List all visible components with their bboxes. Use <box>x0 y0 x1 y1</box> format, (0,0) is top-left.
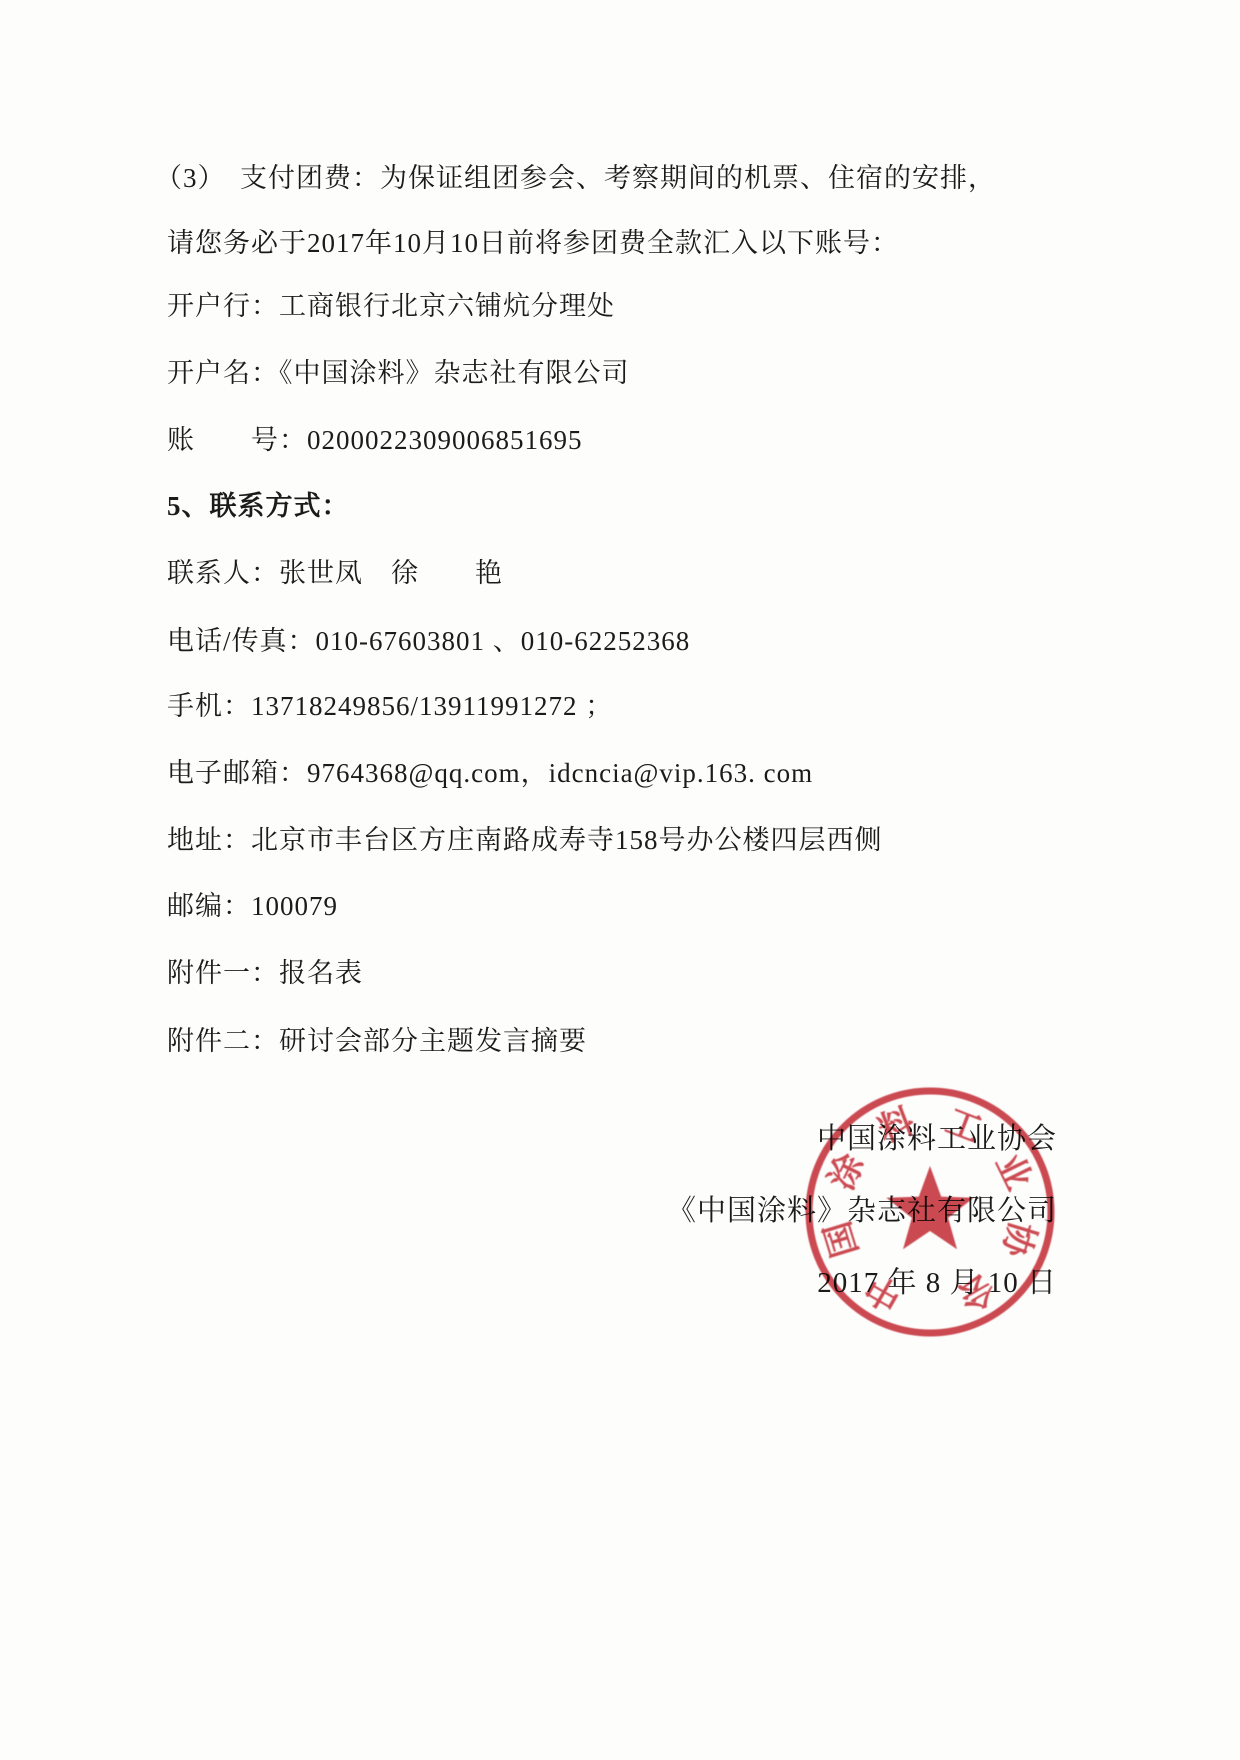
line-bank-name: 开户行：工商银行北京六铺炕分理处 <box>167 286 615 326</box>
seal-star-icon <box>886 1166 973 1249</box>
line-phone-fax: 电话/传真：010-67603801 、010-62252368 <box>167 621 690 661</box>
seal-char: 涂 <box>821 1148 871 1197</box>
scanned-letter-page: （3） 支付团费：为保证组团参会、考察期间的机票、住宿的安排， 请您务必于201… <box>0 0 1240 1760</box>
line-postcode: 邮编：100079 <box>167 886 338 926</box>
seal-char: 工 <box>940 1101 987 1150</box>
heading-contact-info: 5、联系方式： <box>167 486 350 526</box>
official-seal-stamp: 中 国 涂 料 工 业 协 会 <box>799 1081 1061 1343</box>
line-attachment-2: 附件二：研讨会部分主题发言摘要 <box>167 1021 587 1061</box>
seal-char: 会 <box>951 1266 1001 1317</box>
line-address: 地址：北京市丰台区方庄南路成寿寺158号办公楼四层西侧 <box>167 820 883 860</box>
line-email: 电子邮箱：9764368@qq.com，idcncia@vip.163. com <box>167 753 813 793</box>
line-account-name: 开户名：《中国涂料》杂志社有限公司 <box>167 353 630 393</box>
seal-char: 国 <box>818 1217 866 1262</box>
seal-char: 协 <box>994 1217 1042 1264</box>
seal-char: 业 <box>988 1148 1038 1197</box>
line-account-number: 账 号：0200022309006851695 <box>167 420 583 460</box>
seal-char: 料 <box>873 1101 920 1150</box>
seal-char: 中 <box>859 1266 909 1317</box>
line-contact-persons: 联系人：张世凤 徐 艳 <box>167 553 503 593</box>
line-attachment-1: 附件一：报名表 <box>167 953 363 993</box>
line-payment-deadline: 请您务必于2017年10月10日前将参团费全款汇入以下账号： <box>167 223 899 263</box>
line-payment-clause: （3） 支付团费：为保证组团参会、考察期间的机票、住宿的安排， <box>155 158 996 198</box>
line-mobile: 手机：13718249856/13911991272 ； <box>167 686 613 726</box>
